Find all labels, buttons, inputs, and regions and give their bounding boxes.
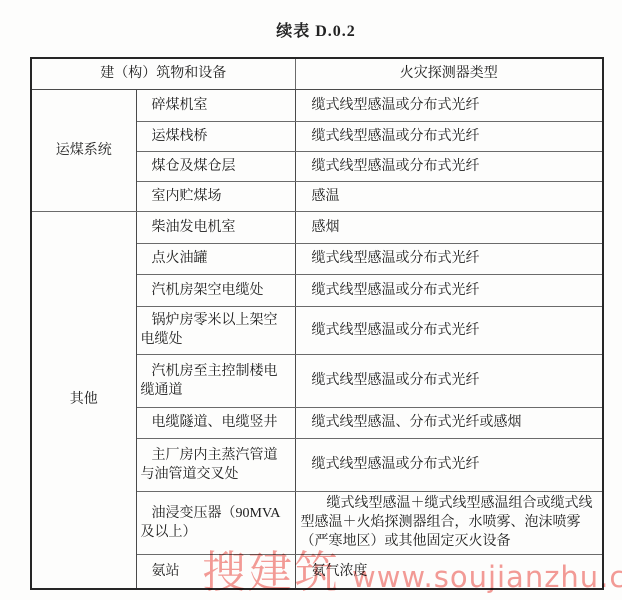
- group-cell-coal-system: 运煤系统: [31, 89, 136, 211]
- detector-cell: 缆式线型感温或分布式光纤: [295, 306, 603, 354]
- item-cell: 运煤栈桥: [136, 121, 295, 151]
- group-cell-other: 其他: [31, 211, 136, 589]
- detector-cell: 缆式线型感温或分布式光纤: [295, 151, 603, 181]
- detector-cell: 缆式线型感温＋缆式线型感温组合或缆式线型感温＋火焰探测器组合，水喷雾、泡沫喷雾（…: [295, 491, 603, 554]
- detector-cell: 感烟: [295, 211, 603, 243]
- detector-cell: 缆式线型感温或分布式光纤: [295, 438, 603, 491]
- detector-cell: 氨气浓度: [295, 554, 603, 589]
- header-cell-detector: 火灾探测器类型: [295, 58, 603, 89]
- detector-cell: 缆式线型感温或分布式光纤: [295, 274, 603, 306]
- item-cell: 点火油罐: [136, 243, 295, 274]
- detector-cell: 缆式线型感温或分布式光纤: [295, 243, 603, 274]
- item-cell: 汽机房至主控制楼电缆通道: [136, 354, 295, 407]
- table-header-row: 建（构）筑物和设备 火灾探测器类型: [31, 58, 603, 89]
- detector-cell: 缆式线型感温或分布式光纤: [295, 89, 603, 121]
- item-cell: 煤仓及煤仓层: [136, 151, 295, 181]
- item-cell: 碎煤机室: [136, 89, 295, 121]
- item-cell: 锅炉房零米以上架空电缆处: [136, 306, 295, 354]
- detector-cell: 感温: [295, 181, 603, 211]
- fire-detector-table: 建（构）筑物和设备 火灾探测器类型 运煤系统 碎煤机室 缆式线型感温或分布式光纤…: [30, 57, 604, 590]
- detector-cell: 缆式线型感温、分布式光纤或感烟: [295, 407, 603, 438]
- detector-cell: 缆式线型感温或分布式光纤: [295, 121, 603, 151]
- detector-cell: 缆式线型感温或分布式光纤: [295, 354, 603, 407]
- page-title: 续表 D.0.2: [30, 18, 602, 41]
- table-row: 运煤系统 碎煤机室 缆式线型感温或分布式光纤: [31, 89, 603, 121]
- item-cell: 电缆隧道、电缆竖井: [136, 407, 295, 438]
- header-cell-building: 建（构）筑物和设备: [31, 58, 295, 89]
- item-cell: 氨站: [136, 554, 295, 589]
- table-row: 其他 柴油发电机室 感烟: [31, 211, 603, 243]
- item-cell: 汽机房架空电缆处: [136, 274, 295, 306]
- item-cell: 主厂房内主蒸汽管道与油管道交叉处: [136, 438, 295, 491]
- item-cell: 柴油发电机室: [136, 211, 295, 243]
- item-cell: 室内贮煤场: [136, 181, 295, 211]
- item-cell: 油浸变压器（90MVA及以上）: [136, 491, 295, 554]
